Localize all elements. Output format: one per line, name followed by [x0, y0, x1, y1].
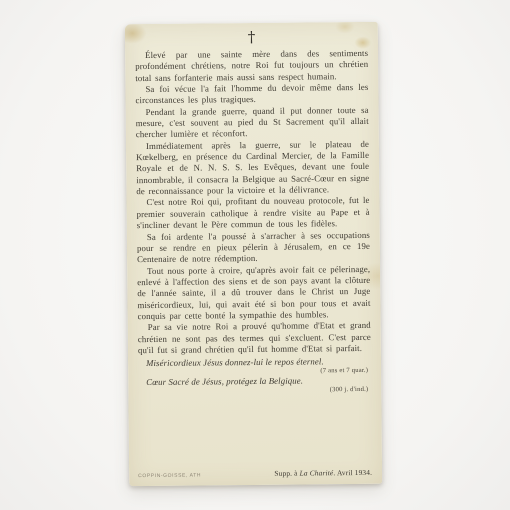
card-footer: COPPIN-GOISSE, ATH Supp. à La Charité. A…	[138, 468, 372, 479]
paragraph: C'est notre Roi qui, profitant du nouvea…	[136, 195, 369, 231]
paragraph: Tout nous porte à croire, qu'après avoir…	[137, 263, 371, 322]
cross-icon: †	[135, 28, 368, 47]
publication-title: La Charité	[300, 468, 334, 477]
printer-mark: COPPIN-GOISSE, ATH	[138, 473, 201, 480]
paragraph: Élevé par une sainte mère dans des senti…	[135, 48, 368, 84]
paragraph: Immédiatement après la guerre, sur le pl…	[136, 139, 370, 198]
card-content: † Élevé par une sainte mère dans des sen…	[125, 22, 382, 396]
publication-note: Supp. à La Charité. Avril 1934.	[274, 468, 372, 478]
paragraph: Par sa vie notre Roi a prouvé qu'homme d…	[138, 320, 371, 356]
paragraph: Sa foi vécue l'a fait l'homme du devoir …	[135, 82, 368, 107]
prayer-block: Miséricordieux Jésus donnez-lui le repos…	[138, 356, 371, 396]
paragraph: Sa foi ardente l'a poussé à s'arracher à…	[137, 229, 370, 265]
publication-suffix: . Avril 1934.	[333, 468, 372, 477]
publication-prefix: Supp. à	[274, 469, 299, 478]
paragraph: Pendant la grande guerre, quand il put d…	[136, 105, 369, 141]
prayer-card: † Élevé par une sainte mère dans des sen…	[125, 22, 382, 486]
